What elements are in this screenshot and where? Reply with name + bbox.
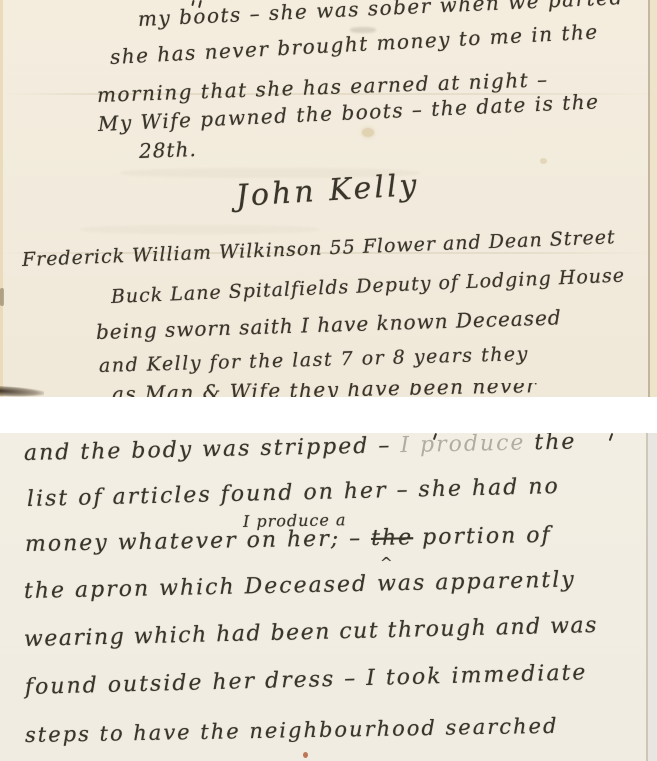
handwriting-line-clipped: as Man & Wife they have been never [112, 383, 538, 397]
handwriting-line: found outside her dress – I took immedia… [25, 660, 588, 700]
red-ink-speck [303, 752, 308, 758]
line-text: portion of [413, 523, 552, 550]
faded-text: I produce [400, 433, 526, 458]
page-right-edge-strip [650, 0, 657, 397]
foxing-spot [362, 128, 374, 137]
clipped-line-wrapper: as Man & Wife they have been never [112, 383, 592, 397]
handwriting-line: wearing which had been cut through and w… [24, 613, 598, 652]
handwriting-line: 28th. [139, 138, 198, 163]
page-1: my boots – she was sober when we parted … [0, 0, 657, 397]
page-left-edge [0, 0, 3, 397]
insertion-caret: ^ [380, 555, 393, 572]
handwriting-line: and the body was stripped – I produce th… [24, 433, 577, 466]
handwriting-line: Frederick William Wilkinson 55 Flower an… [22, 227, 616, 272]
handwriting-line: the apron which Deceased was apparently [24, 567, 576, 604]
binding-shadow-mark [0, 386, 44, 397]
bleed-through-ghost [80, 225, 320, 234]
cut-stroke-mark [609, 433, 614, 441]
line-text: the [525, 433, 577, 455]
handwriting-line: Buck Lane Spitalfields Deputy of Lodging… [111, 265, 626, 308]
line-text: money whatever on her; – [25, 526, 372, 557]
edge-smudge [0, 288, 4, 306]
handwriting-line: being sworn saith I have known Deceased [96, 306, 562, 344]
foxing-spot [540, 158, 547, 164]
handwriting-line: steps to have the neighbourhood searched [25, 714, 559, 747]
handwriting-line: list of articles found on her – she had … [27, 474, 560, 512]
handwriting-line: and Kelly for the last 7 or 8 years they [99, 344, 529, 378]
scanned-document: my boots – she was sober when we parted … [0, 0, 657, 761]
page-right-edge-strip [648, 433, 657, 761]
handwriting-line: money whatever on her; – the portion of [25, 523, 552, 557]
struck-word: the [371, 525, 413, 551]
line-text: and the body was stripped – [24, 433, 401, 466]
page-2: and the body was stripped – I produce th… [0, 433, 657, 761]
